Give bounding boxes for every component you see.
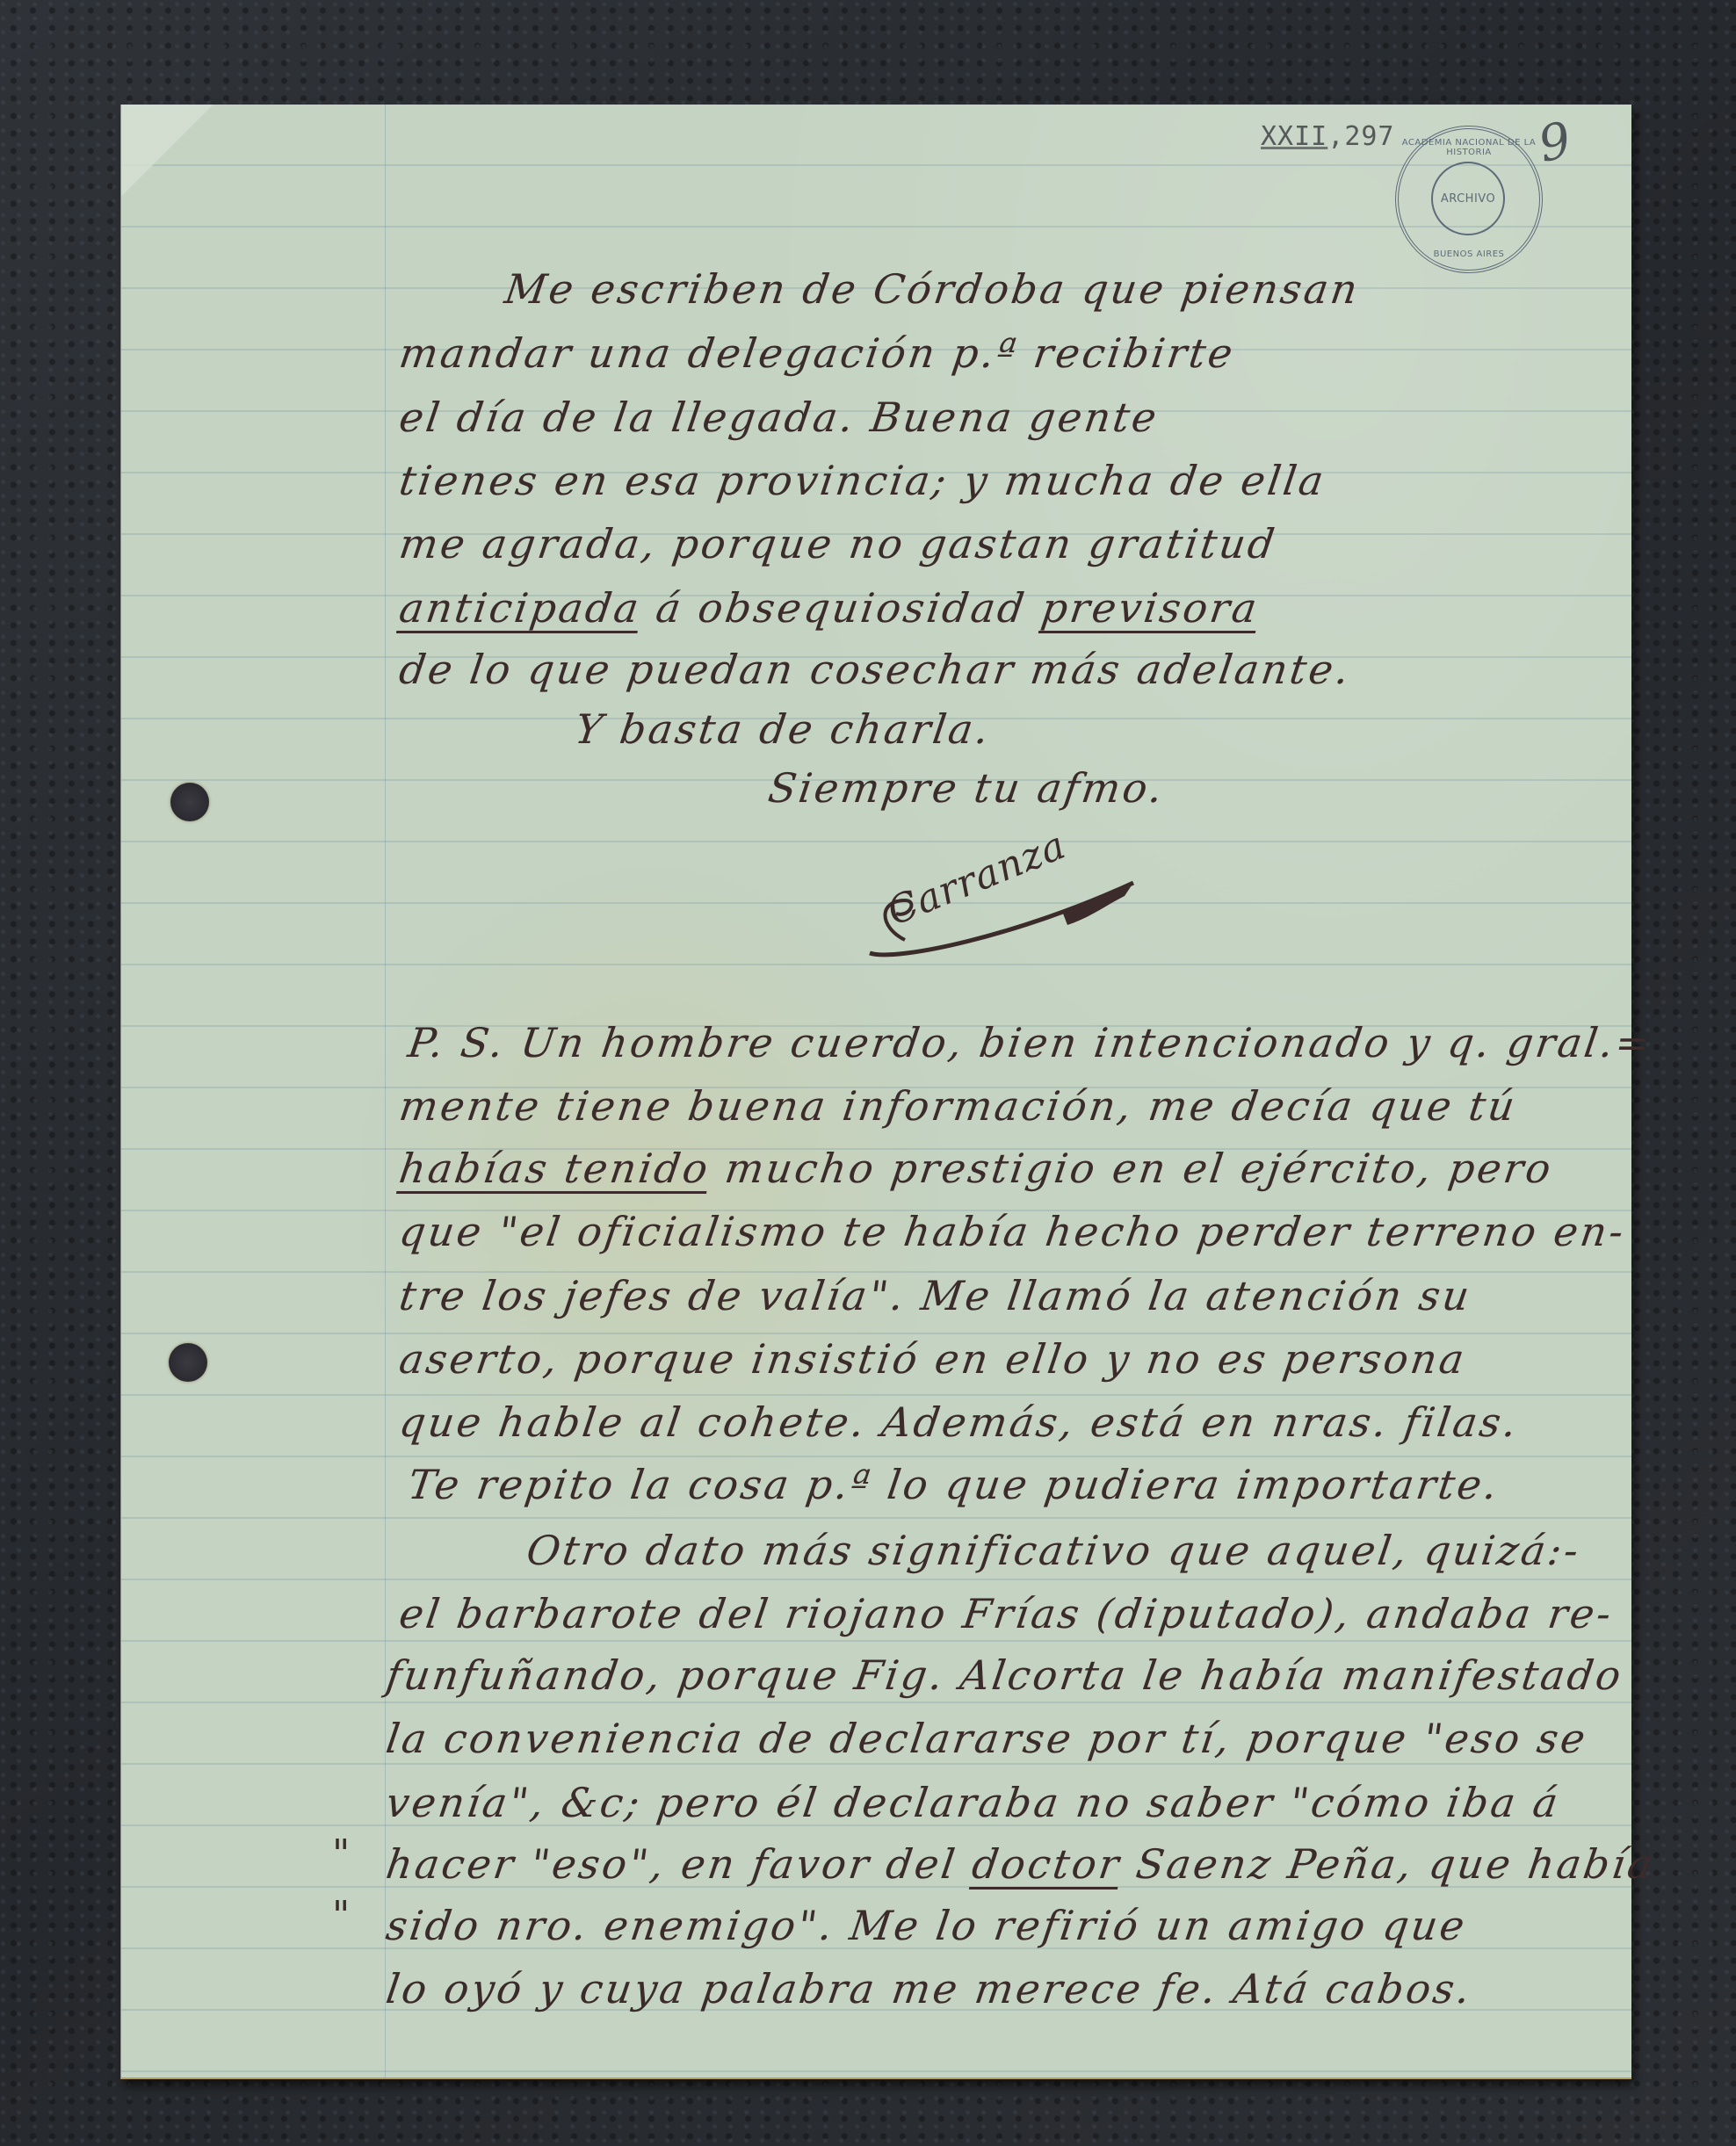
margin-quote-mark: " (332, 1893, 350, 1938)
postscript-line: la conveniencia de declararse por tí, po… (383, 1715, 1590, 1762)
catalog-number: XXII,297 (1261, 121, 1395, 152)
postscript-line: Te repito la cosa p.ª lo que pudiera imp… (405, 1461, 1502, 1508)
postscript-line: sido nro. enemigo". Me lo refirió un ami… (383, 1902, 1470, 1949)
postscript-text: hacer "eso", en favor del (383, 1840, 960, 1888)
body-line: Y basta de charla. (572, 705, 994, 753)
body-line-underlined: anticipada á obsequiosidad previsora (396, 584, 1262, 632)
stamp-center-text: ARCHIVO (1441, 192, 1495, 206)
underlined-word: previsora (1038, 584, 1262, 632)
postscript-line: aserto, porque insistió en ello y no es … (396, 1335, 1470, 1383)
body-line: tienes en esa provincia; y mucha de ella (396, 457, 1329, 504)
postscript-line: mente tiene buena información, me decía … (396, 1082, 1520, 1130)
postscript-line: que hable al cohete. Además, está en nra… (396, 1398, 1522, 1446)
postscript-text: Saenz Peña, que había (1133, 1840, 1658, 1888)
closing-line: Siempre tu afmo. (765, 764, 1168, 812)
catalog-separator: , (1327, 121, 1344, 152)
postscript-line: funfuñando, porque Fig. Alcorta le había… (383, 1651, 1626, 1699)
body-line: Me escriben de Córdoba que piensan (502, 265, 1363, 313)
postscript-line: Otro dato más significativo que aquel, q… (524, 1527, 1584, 1574)
postscript-line-underlined: hacer "eso", en favor del doctor Saenz P… (383, 1840, 1658, 1888)
margin-rule (385, 105, 386, 2077)
underlined-word: anticipada (396, 584, 644, 632)
punch-hole-bottom (169, 1343, 207, 1382)
archive-stamp: ACADEMIA NACIONAL DE LA HISTORIA ARCHIVO… (1395, 126, 1543, 273)
signature: Carranza (843, 856, 1177, 988)
postscript-line: P. S. Un hombre cuerdo, bien intencionad… (405, 1019, 1655, 1066)
folded-corner (121, 105, 218, 210)
body-line: mandar una delegación p.ª recibirte (396, 329, 1238, 377)
postscript-line: venía", &c; pero él declaraba no saber "… (383, 1779, 1563, 1826)
postscript-line: lo oyó y cuya palabra me merece fe. Atá … (383, 1965, 1475, 2012)
stamp-ring-top: ACADEMIA NACIONAL DE LA HISTORIA (1399, 138, 1539, 157)
body-word: á obsequiosidad (653, 584, 1030, 632)
postscript-line-underlined: habías tenido mucho prestigio en el ejér… (396, 1145, 1556, 1192)
body-line: el día de la llegada. Buena gente (396, 394, 1161, 441)
stamp-center: ARCHIVO (1431, 162, 1505, 235)
catalog-arabic: 297 (1344, 121, 1394, 152)
postscript-line: tre los jefes de valía". Me llamó la ate… (396, 1272, 1474, 1319)
margin-quote-mark: " (332, 1832, 350, 1876)
postscript-line: que "el oficialismo te había hecho perde… (396, 1208, 1629, 1255)
stamp-ring-bottom: BUENOS AIRES (1399, 249, 1539, 259)
postscript-line: el barbarote del riojano Frías (diputado… (396, 1590, 1617, 1637)
catalog-roman: XXII (1261, 121, 1327, 152)
punch-hole-top (170, 783, 209, 821)
underlined-word: doctor (969, 1840, 1125, 1888)
postscript-text: mucho prestigio en el ejército, pero (722, 1145, 1556, 1192)
underlined-phrase: habías tenido (396, 1145, 713, 1192)
body-line: de lo que puedan cosechar más adelante. (396, 646, 1354, 693)
body-line: me agrada, porque no gastan gratitud (396, 520, 1280, 567)
